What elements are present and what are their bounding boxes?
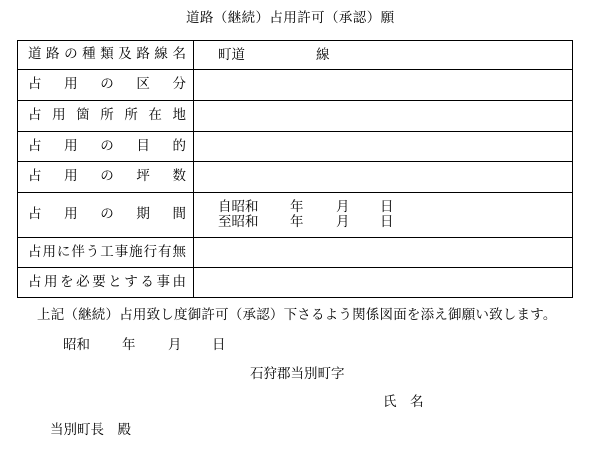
- table-row-occupancy-area: 占用の坪数: [18, 162, 573, 193]
- applicant-address: 石狩郡当別町字: [250, 368, 345, 382]
- addressee: 当別町長 殿: [50, 424, 131, 438]
- period-to: 至昭和 年 月 日: [218, 216, 418, 231]
- row-label: 占用の区分: [18, 70, 194, 101]
- table-row-road-type: 道路の種類及路線名 町道 線: [18, 41, 573, 70]
- construction-field[interactable]: [194, 238, 573, 268]
- road-type-prefix: 町道: [218, 49, 245, 63]
- row-label: 占用の坪数: [18, 162, 194, 193]
- period-block: 自昭和 年 月 日 至昭和 年 月 日: [218, 201, 418, 231]
- date-era: 昭和: [63, 339, 90, 353]
- date-year: 年: [122, 339, 136, 353]
- road-type-suffix: 線: [316, 49, 330, 63]
- occupancy-period-field[interactable]: 自昭和 年 月 日 至昭和 年 月 日: [194, 193, 573, 238]
- table-row-occupancy-category: 占用の区分: [18, 70, 573, 101]
- row-label: 占用に伴う工事施行有無: [18, 238, 194, 268]
- reason-field[interactable]: [194, 268, 573, 298]
- row-label: 道路の種類及路線名: [18, 41, 194, 70]
- table-row-construction: 占用に伴う工事施行有無: [18, 238, 573, 268]
- row-label: 占用箇所所在地: [18, 101, 194, 132]
- occupancy-purpose-field[interactable]: [194, 132, 573, 162]
- document-title: 道路（継続）占用許可（承認）願: [186, 12, 395, 26]
- table-row-reason: 占用を必要とする事由: [18, 268, 573, 298]
- table-row-occupancy-period: 占用の期間 自昭和 年 月 日 至昭和 年 月 日: [18, 193, 573, 238]
- occupancy-category-field[interactable]: [194, 70, 573, 101]
- row-label: 占用の目的: [18, 132, 194, 162]
- request-statement: 上記（継続）占用致し度御許可（承認）下さるよう関係図面を添え御願い致します。: [37, 309, 557, 323]
- road-type-value-field[interactable]: 町道 線: [194, 41, 573, 70]
- occupancy-area-field[interactable]: [194, 162, 573, 193]
- date-month: 月: [168, 339, 182, 353]
- occupancy-location-field[interactable]: [194, 101, 573, 132]
- date-day: 日: [212, 339, 226, 353]
- applicant-name-label: 氏 名: [383, 396, 424, 410]
- table-row-occupancy-location: 占用箇所所在地: [18, 101, 573, 132]
- row-label: 占用の期間: [18, 193, 194, 238]
- table-row-occupancy-purpose: 占用の目的: [18, 132, 573, 162]
- application-form-table: 道路の種類及路線名 町道 線 占用の区分 占用箇所所在地 占用の目的 占用の坪数…: [17, 40, 573, 298]
- row-label: 占用を必要とする事由: [18, 268, 194, 298]
